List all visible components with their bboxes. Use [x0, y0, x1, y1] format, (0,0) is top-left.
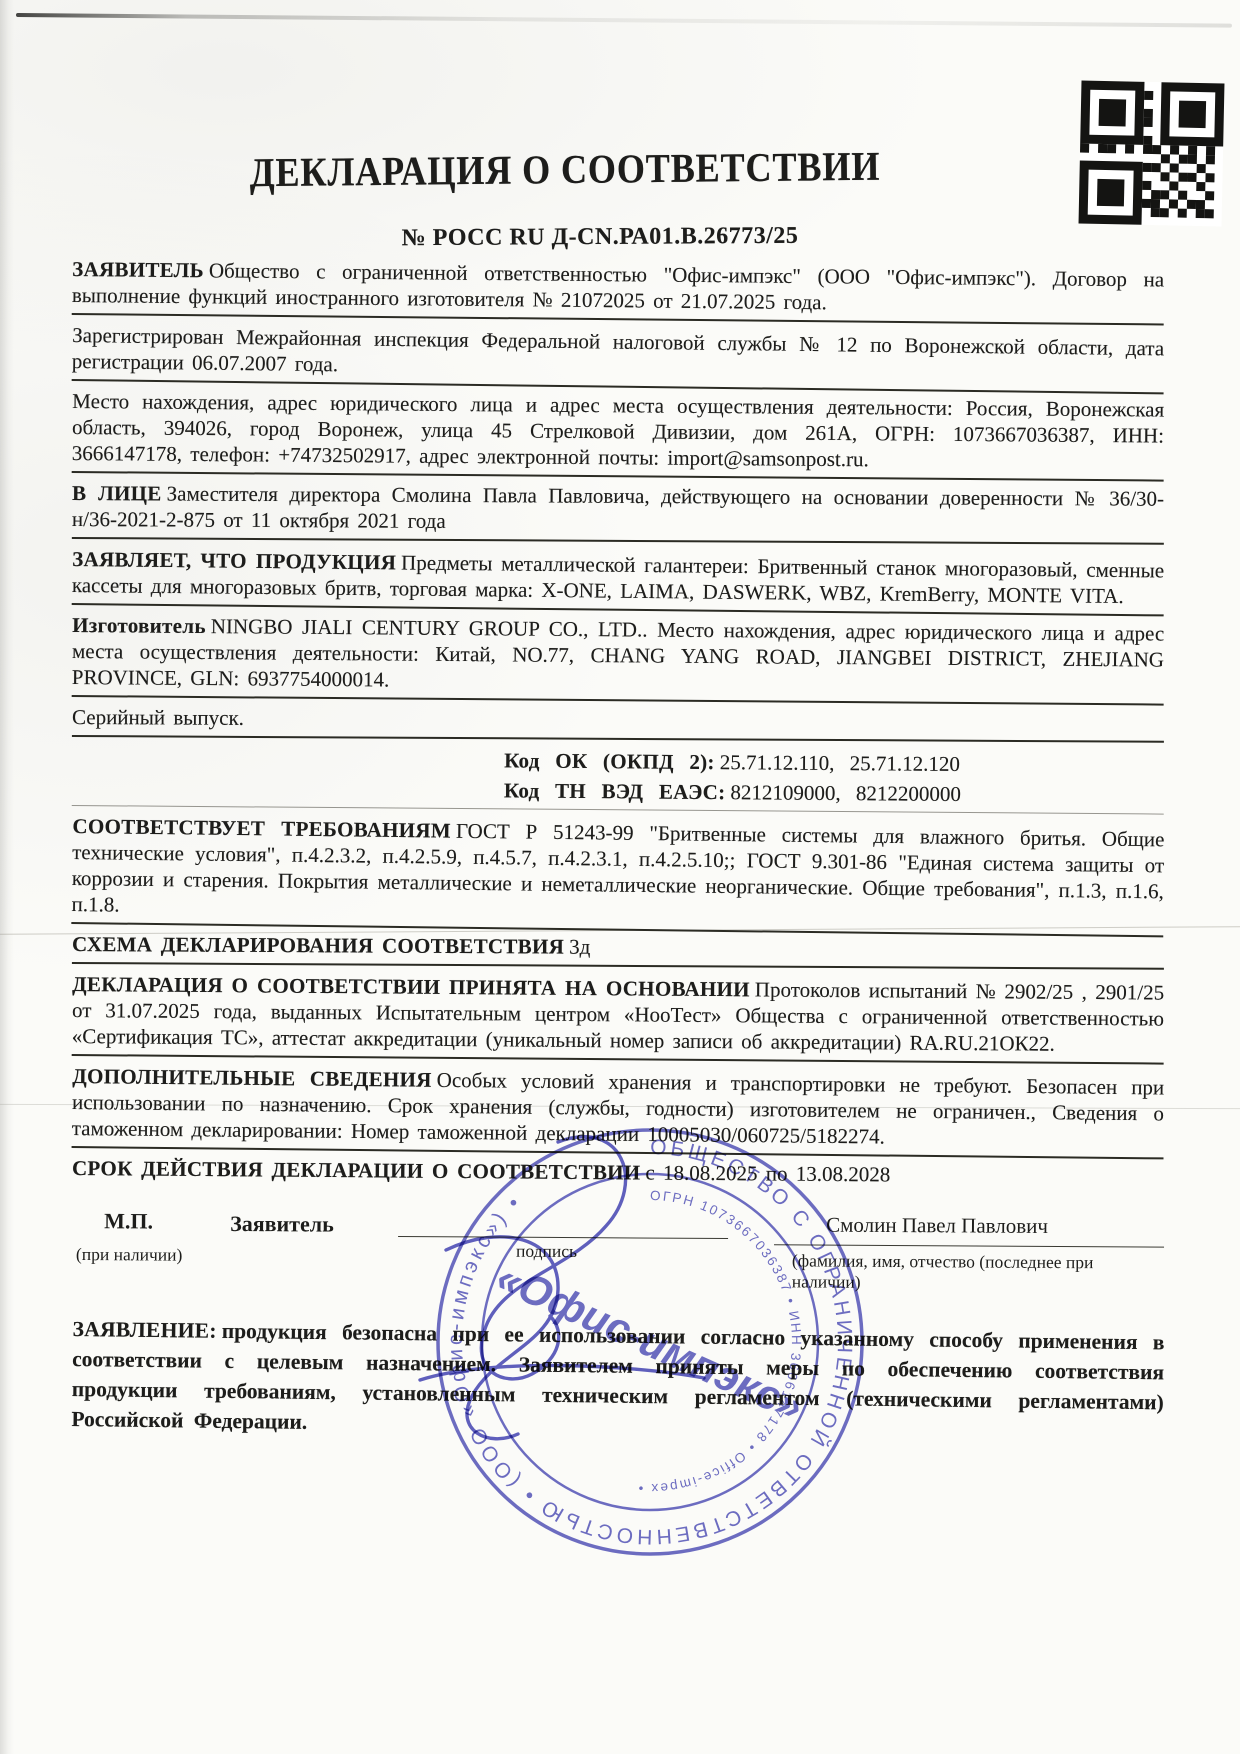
registration-text: Зарегистрирован Межрайонная инспекция Фе… — [72, 323, 1165, 376]
section-complies: СООТВЕТСТВУЕТ ТРЕБОВАНИЯМГОСТ Р 51243-99… — [71, 813, 1164, 937]
statement-label: ЗАЯВЛЕНИЕ: — [72, 1317, 222, 1343]
section-product: ЗАЯВЛЯЕТ, ЧТО ПРОДУКЦИЯПредметы металлич… — [72, 546, 1165, 616]
okpd-code-value: 25.71.12.110, 25.71.12.120 — [720, 750, 960, 776]
stamp-place-note: (при наличии) — [76, 1244, 230, 1266]
scheme-label: СХЕМА ДЕКЛАРИРОВАНИЯ СООТВЕТСТВИЯ — [72, 932, 569, 959]
product-label: ЗАЯВЛЯЕТ, ЧТО ПРОДУКЦИЯ — [72, 547, 401, 574]
document-title: ДЕКЛАРАЦИЯ О СООТВЕТСТВИИ — [68, 140, 1063, 198]
section-serial-issue: Серийный выпуск. — [72, 704, 1164, 743]
section-registration: Зарегистрирован Межрайонная инспекция Фе… — [72, 322, 1165, 394]
complies-label: СООТВЕТСТВУЕТ ТРЕБОВАНИЯМ — [72, 814, 456, 843]
section-applicant: ЗАЯВИТЕЛЬОбщество с ограниченной ответст… — [72, 256, 1165, 325]
qr-code — [1079, 81, 1225, 227]
handwritten-signature — [408, 1128, 718, 1458]
section-basis: ДЕКЛАРАЦИЯ О СООТВЕТСТВИИ ПРИНЯТА НА ОСН… — [72, 971, 1165, 1065]
qr-modules — [1081, 81, 1090, 90]
section-location: Место нахождения, адрес юридического лиц… — [72, 388, 1165, 482]
qr-finder-icon — [1160, 82, 1224, 146]
in-person-label: В ЛИЦЕ — [72, 481, 167, 505]
applicant-text: Общество с ограниченной ответственностью… — [72, 258, 1164, 314]
applicant-sign-label: Заявитель — [230, 1209, 398, 1238]
location-text: Место нахождения, адрес юридического лиц… — [72, 389, 1165, 471]
section-codes: Код ОК (ОКПД 2):25.71.12.110, 25.71.12.1… — [72, 744, 1164, 815]
tnved-code-value: 8212109000, 8212200000 — [730, 780, 961, 806]
section-scheme: СХЕМА ДЕКЛАРИРОВАНИЯ СООТВЕТСТВИЯ3д — [72, 931, 1164, 970]
scanned-declaration-page: ДЕКЛАРАЦИЯ О СООТВЕТСТВИИ № РОСС RU Д-CN… — [0, 0, 1240, 1754]
section-manufacturer: ИзготовительNINGBO JIALI CENTURY GROUP C… — [72, 612, 1165, 706]
tnved-code-label: Код ТН ВЭД ЕАЭС: — [504, 778, 731, 804]
scheme-value: 3д — [569, 935, 590, 959]
manufacturer-text: NINGBO JIALI CENTURY GROUP CO., LTD.. Ме… — [72, 614, 1165, 691]
stamp-place-label: М.П. — [104, 1208, 230, 1235]
additional-info-label: ДОПОЛНИТЕЛЬНЫЕ СВЕДЕНИЯ — [72, 1064, 437, 1092]
applicant-label: ЗАЯВИТЕЛЬ — [72, 257, 209, 282]
manufacturer-label: Изготовитель — [72, 613, 211, 638]
basis-label: ДЕКЛАРАЦИЯ О СООТВЕТСТВИИ ПРИНЯТА НА ОСН… — [72, 972, 755, 1001]
section-in-person: В ЛИЦЕЗаместителя директора Смолина Павл… — [72, 480, 1164, 545]
scan-top-edge-artifact — [16, 13, 1232, 28]
okpd-code-label: Код ОК (ОКПД 2): — [504, 748, 720, 774]
serial-issue-text: Серийный выпуск. — [72, 705, 244, 730]
qr-finder-icon — [1079, 161, 1143, 225]
document-number: № РОСС RU Д-CN.РА01.В.26773/25 — [0, 220, 1200, 254]
qr-finder-icon — [1080, 81, 1144, 145]
in-person-text: Заместителя директора Смолина Павла Павл… — [72, 481, 1164, 532]
